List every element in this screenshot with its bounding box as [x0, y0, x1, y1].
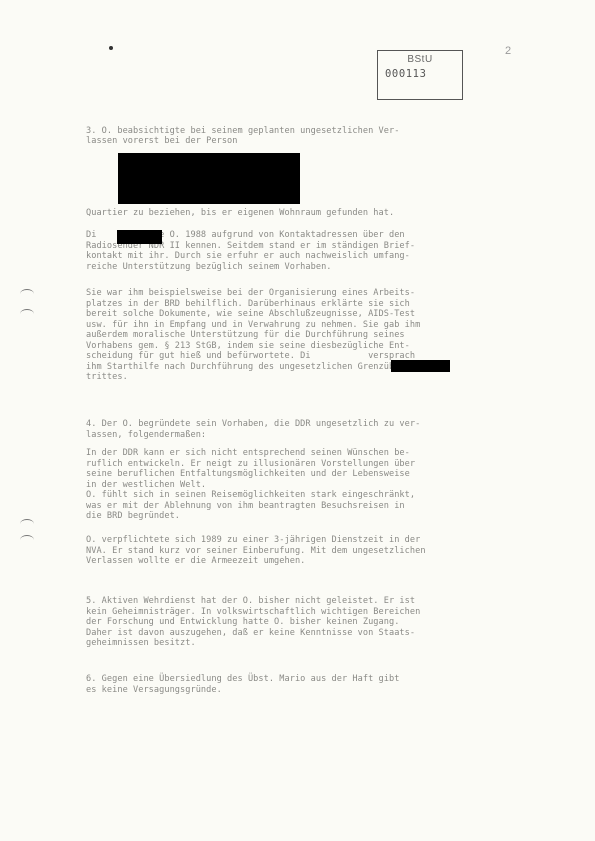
text-line: was er mit der Ablehnung von ihm beantra…: [86, 501, 405, 511]
text-line: in der westlichen Welt.: [86, 480, 206, 490]
punch-hole-mark: [20, 289, 34, 294]
text-line: die BRD begründet.: [86, 511, 180, 521]
text-line: In der DDR kann er sich nicht entspreche…: [86, 448, 410, 458]
ink-speck: [109, 46, 113, 50]
text-line: O. verpflichtete sich 1989 zu einer 3-jä…: [86, 535, 420, 545]
stamp-org: BStU: [378, 54, 462, 65]
text-line: platzes in der BRD behilflich. Darüberhi…: [86, 299, 410, 309]
punch-hole-mark: [20, 519, 34, 524]
text-line: Verlassen wollte er die Armeezeit umgehe…: [86, 556, 305, 566]
text-line: 5. Aktiven Wehrdienst hat der O. bisher …: [86, 596, 415, 606]
redaction-block: [391, 360, 450, 372]
redaction-block: [117, 230, 162, 244]
redaction-block: [118, 153, 300, 204]
text-line: ruflich entwickeln. Er neigt zu illusion…: [86, 459, 415, 469]
punch-hole-mark: [20, 535, 34, 540]
text-line: trittes.: [86, 372, 128, 382]
bstu-archive-stamp: BStU 000113: [377, 50, 463, 100]
text-line: O. fühlt sich in seinen Reisemöglichkeit…: [86, 490, 415, 500]
text-line: scheidung für gut hieß und befürwortete.…: [86, 351, 415, 361]
text-line: NVA. Er stand kurz vor seiner Einberufun…: [86, 546, 426, 556]
text-line: reiche Unterstützung bezüglich seinem Vo…: [86, 262, 332, 272]
text-line: Daher ist davon auszugehen, daß er keine…: [86, 628, 415, 638]
text-line: 6. Gegen eine Übersiedlung des Übst. Mar…: [86, 674, 399, 684]
text-line: Vorhabens gem. § 213 StGB, indem sie sei…: [86, 341, 410, 351]
text-line: bereit solche Dokumente, wie seine Absch…: [86, 309, 415, 319]
text-line: geheimnissen besitzt.: [86, 638, 196, 648]
text-line: es keine Versagungsgründe.: [86, 685, 222, 695]
text-line: 3. O. beabsichtigte bei seinem geplanten…: [86, 126, 399, 136]
text-line: usw. für ihn in Empfang und in Verwahrun…: [86, 320, 420, 330]
text-line: Sie war ihm beispielsweise bei der Organ…: [86, 288, 415, 298]
text-line: Quartier zu beziehen, bis er eigenen Woh…: [86, 208, 394, 218]
text-line: kein Geheimnisträger. In volkswirtschaft…: [86, 607, 420, 617]
text-line: kontakt mit ihr. Durch sie erfuhr er auc…: [86, 251, 410, 261]
text-line: 4. Der O. begründete sein Vorhaben, die …: [86, 419, 420, 429]
text-line: der Forschung und Entwicklung hatte O. b…: [86, 617, 399, 627]
text-line: seine beruflichen Entfaltungsmöglichkeit…: [86, 469, 410, 479]
page-number: 2: [505, 45, 511, 57]
text-line: außerdem moralische Unterstützung für di…: [86, 330, 405, 340]
text-line: lassen vorerst bei der Person: [86, 136, 238, 146]
text-line: lassen, folgendermaßen:: [86, 430, 206, 440]
punch-hole-mark: [20, 309, 34, 314]
stamp-number: 000113: [385, 68, 427, 80]
text-line: ihm Starthilfe nach Durchführung des ung…: [86, 362, 410, 372]
